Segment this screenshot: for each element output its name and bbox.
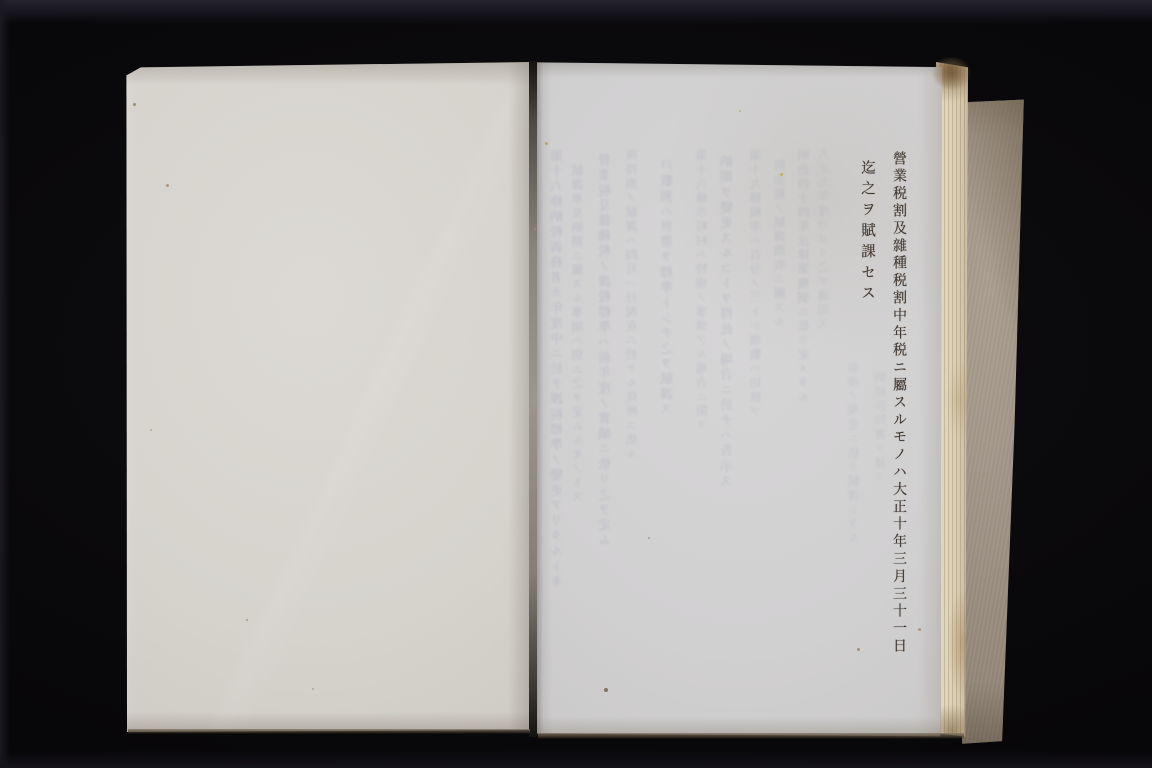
left-page <box>126 62 532 732</box>
main-text-column-1: 營業税割及雜種税割中年税ニ屬スルモノハ大正十年三月三十一日 <box>889 151 909 656</box>
backdrop-top-light <box>0 0 1152 24</box>
backing-sheet <box>958 95 1028 747</box>
left-page-bottom-edge <box>128 729 530 734</box>
photo-stage: 第十六條納税義務者カ年度中ニ於テ課税標準ノ變更アリタルトキ賦課率及納期ニ關スル事… <box>0 0 1152 768</box>
main-text-column-2: 迄之ヲ賦課セス <box>857 160 878 306</box>
backdrop-left-light <box>0 0 10 768</box>
right-page-bottom-edge <box>538 733 964 739</box>
backdrop-bottom-light <box>0 750 1152 768</box>
right-page <box>536 61 942 737</box>
page-gutter <box>529 61 537 737</box>
